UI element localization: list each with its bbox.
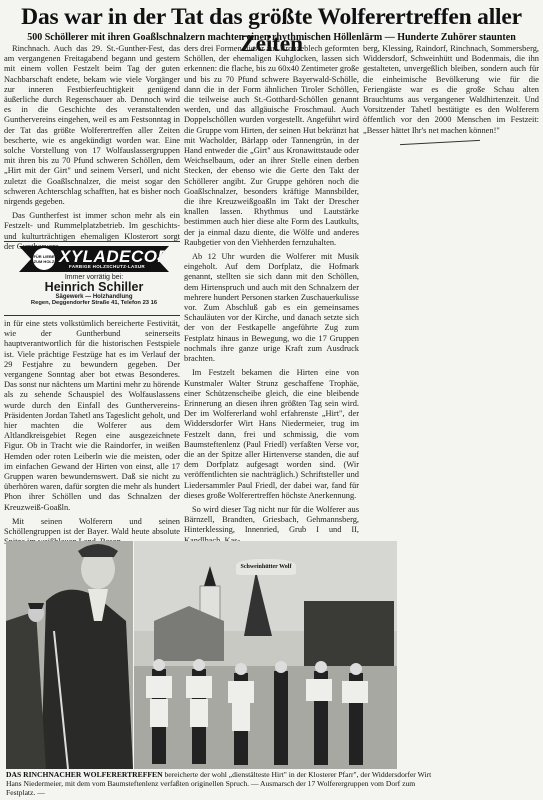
- photo-caption: DAS RINCHNACHER WOLFERERTREFFEN bereiche…: [6, 770, 446, 797]
- article-column-1-continued: in für eine stets volkstümlich bereicher…: [4, 319, 180, 547]
- subheadline: 500 Schöllerer mit ihren Goaßlschnalzern…: [0, 32, 543, 43]
- paragraph: Ab 12 Uhr wurden die Wolferer mit Musik …: [184, 252, 359, 364]
- divider: [4, 315, 180, 316]
- paragraph: Rinchnach. Auch das 29. St.-Gunther-Fest…: [4, 44, 180, 207]
- article-column-1: Rinchnach. Auch das 29. St.-Gunther-Fest…: [4, 44, 180, 252]
- ad-tagline: FARBIGE HOLZSCHUTZ-LASUR: [59, 264, 155, 269]
- article-column-3: berg, Klessing, Raindorf, Rinchnach, Som…: [363, 44, 539, 136]
- paragraph: berg, Klessing, Raindorf, Rinchnach, Som…: [363, 44, 539, 136]
- ad-company: Heinrich Schiller: [10, 281, 178, 294]
- advertisement: FÜR LIEBE ZUM HOLZ XYLADECOR FARBIGE HOL…: [10, 246, 178, 312]
- paragraph: ders drei Formen dieser aus Bronzeblech …: [184, 44, 359, 248]
- ad-banner: FÜR LIEBE ZUM HOLZ XYLADECOR FARBIGE HOL…: [19, 246, 169, 272]
- caption-lead: DAS RINCHNACHER WOLFERERTREFFEN: [6, 770, 163, 779]
- ad-address: Regen, Deggendorfer Straße 41, Telefon 2…: [10, 300, 178, 306]
- heart-icon: FÜR LIEBE ZUM HOLZ: [33, 248, 55, 270]
- photo-procession: Schweinhütter Wolf: [134, 541, 397, 769]
- divider: [4, 241, 180, 242]
- paragraph: in für eine stets volkstümlich bereicher…: [4, 319, 180, 513]
- paragraph: Im Festzelt bekamen die Hirten eine von …: [184, 368, 359, 501]
- paragraph: So wird dieser Tag nicht nur für die Wol…: [184, 505, 359, 546]
- newspaper-page: Das war in der Tat das größte Wolferertr…: [0, 0, 543, 800]
- portrait-image: [6, 541, 133, 769]
- article-column-2: ders drei Formen dieser aus Bronzeblech …: [184, 44, 359, 546]
- group-banner: Schweinhütter Wolf: [236, 559, 296, 575]
- end-rule: [400, 140, 480, 145]
- procession-image: [134, 541, 397, 769]
- photo-hirt: [6, 541, 133, 769]
